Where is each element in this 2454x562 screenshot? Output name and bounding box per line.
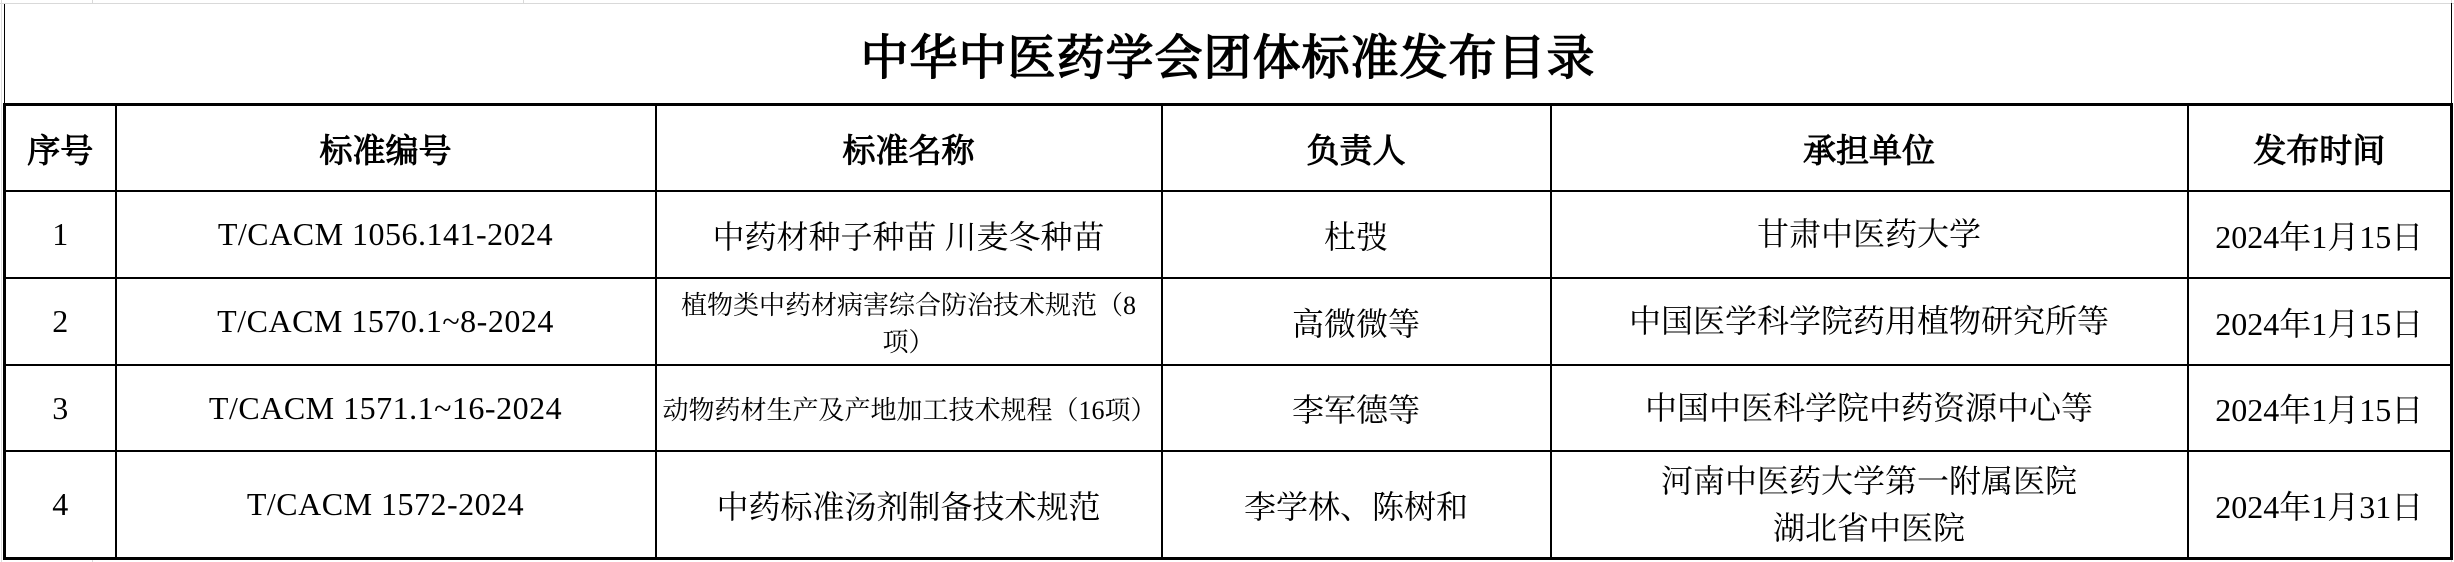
col-header-seq: 序号	[5, 105, 116, 192]
cell-name: 中药材种子种苗 川麦冬种苗	[656, 191, 1162, 278]
cell-name: 中药标准汤剂制备技术规范	[656, 451, 1162, 559]
cell-org: 中国中医科学院中药资源中心等	[1551, 365, 2188, 451]
cell-code: T/CACM 1570.1~8-2024	[116, 278, 656, 365]
left-gridline	[1, 0, 2, 562]
cell-code: T/CACM 1056.141-2024	[116, 191, 656, 278]
cell-leader: 李军德等	[1162, 365, 1551, 451]
cell-name: 动物药材生产及产地加工技术规程（16项）	[656, 365, 1162, 451]
col-header-name: 标准名称	[656, 105, 1162, 192]
cell-seq: 1	[5, 191, 116, 278]
cell-seq: 2	[5, 278, 116, 365]
cell-org: 河南中医药大学第一附属医院 湖北省中医院	[1551, 451, 2188, 559]
cell-date: 2024年1月15日	[2188, 191, 2452, 278]
col-header-code: 标准编号	[116, 105, 656, 192]
table-row: 1 T/CACM 1056.141-2024 中药材种子种苗 川麦冬种苗 杜弢 …	[5, 191, 2452, 278]
cell-date: 2024年1月15日	[2188, 365, 2452, 451]
col-header-date: 发布时间	[2188, 105, 2452, 192]
cell-code: T/CACM 1571.1~16-2024	[116, 365, 656, 451]
cell-date: 2024年1月15日	[2188, 278, 2452, 365]
table-title: 中华中医药学会团体标准发布目录	[5, 4, 2452, 105]
spreadsheet-view: 中华中医药学会团体标准发布目录 序号 标准编号 标准名称 负责人 承担单位 发布…	[0, 0, 2454, 562]
cell-code: T/CACM 1572-2024	[116, 451, 656, 559]
cell-date: 2024年1月31日	[2188, 451, 2452, 559]
standards-table: 中华中医药学会团体标准发布目录 序号 标准编号 标准名称 负责人 承担单位 发布…	[3, 3, 2453, 560]
cell-org: 中国医学科学院药用植物研究所等	[1551, 278, 2188, 365]
table-row: 4 T/CACM 1572-2024 中药标准汤剂制备技术规范 李学林、陈树和 …	[5, 451, 2452, 559]
cell-org: 甘肃中医药大学	[1551, 191, 2188, 278]
table-row: 2 T/CACM 1570.1~8-2024 植物类中药材病害综合防治技术规范（…	[5, 278, 2452, 365]
cell-leader: 高微微等	[1162, 278, 1551, 365]
col-header-org: 承担单位	[1551, 105, 2188, 192]
title-row: 中华中医药学会团体标准发布目录	[5, 4, 2452, 105]
col-header-leader: 负责人	[1162, 105, 1551, 192]
table-row: 3 T/CACM 1571.1~16-2024 动物药材生产及产地加工技术规程（…	[5, 365, 2452, 451]
cell-seq: 3	[5, 365, 116, 451]
header-row: 序号 标准编号 标准名称 负责人 承担单位 发布时间	[5, 105, 2452, 192]
cell-leader: 杜弢	[1162, 191, 1551, 278]
cell-seq: 4	[5, 451, 116, 559]
cell-leader: 李学林、陈树和	[1162, 451, 1551, 559]
cell-name: 植物类中药材病害综合防治技术规范（8项）	[656, 278, 1162, 365]
